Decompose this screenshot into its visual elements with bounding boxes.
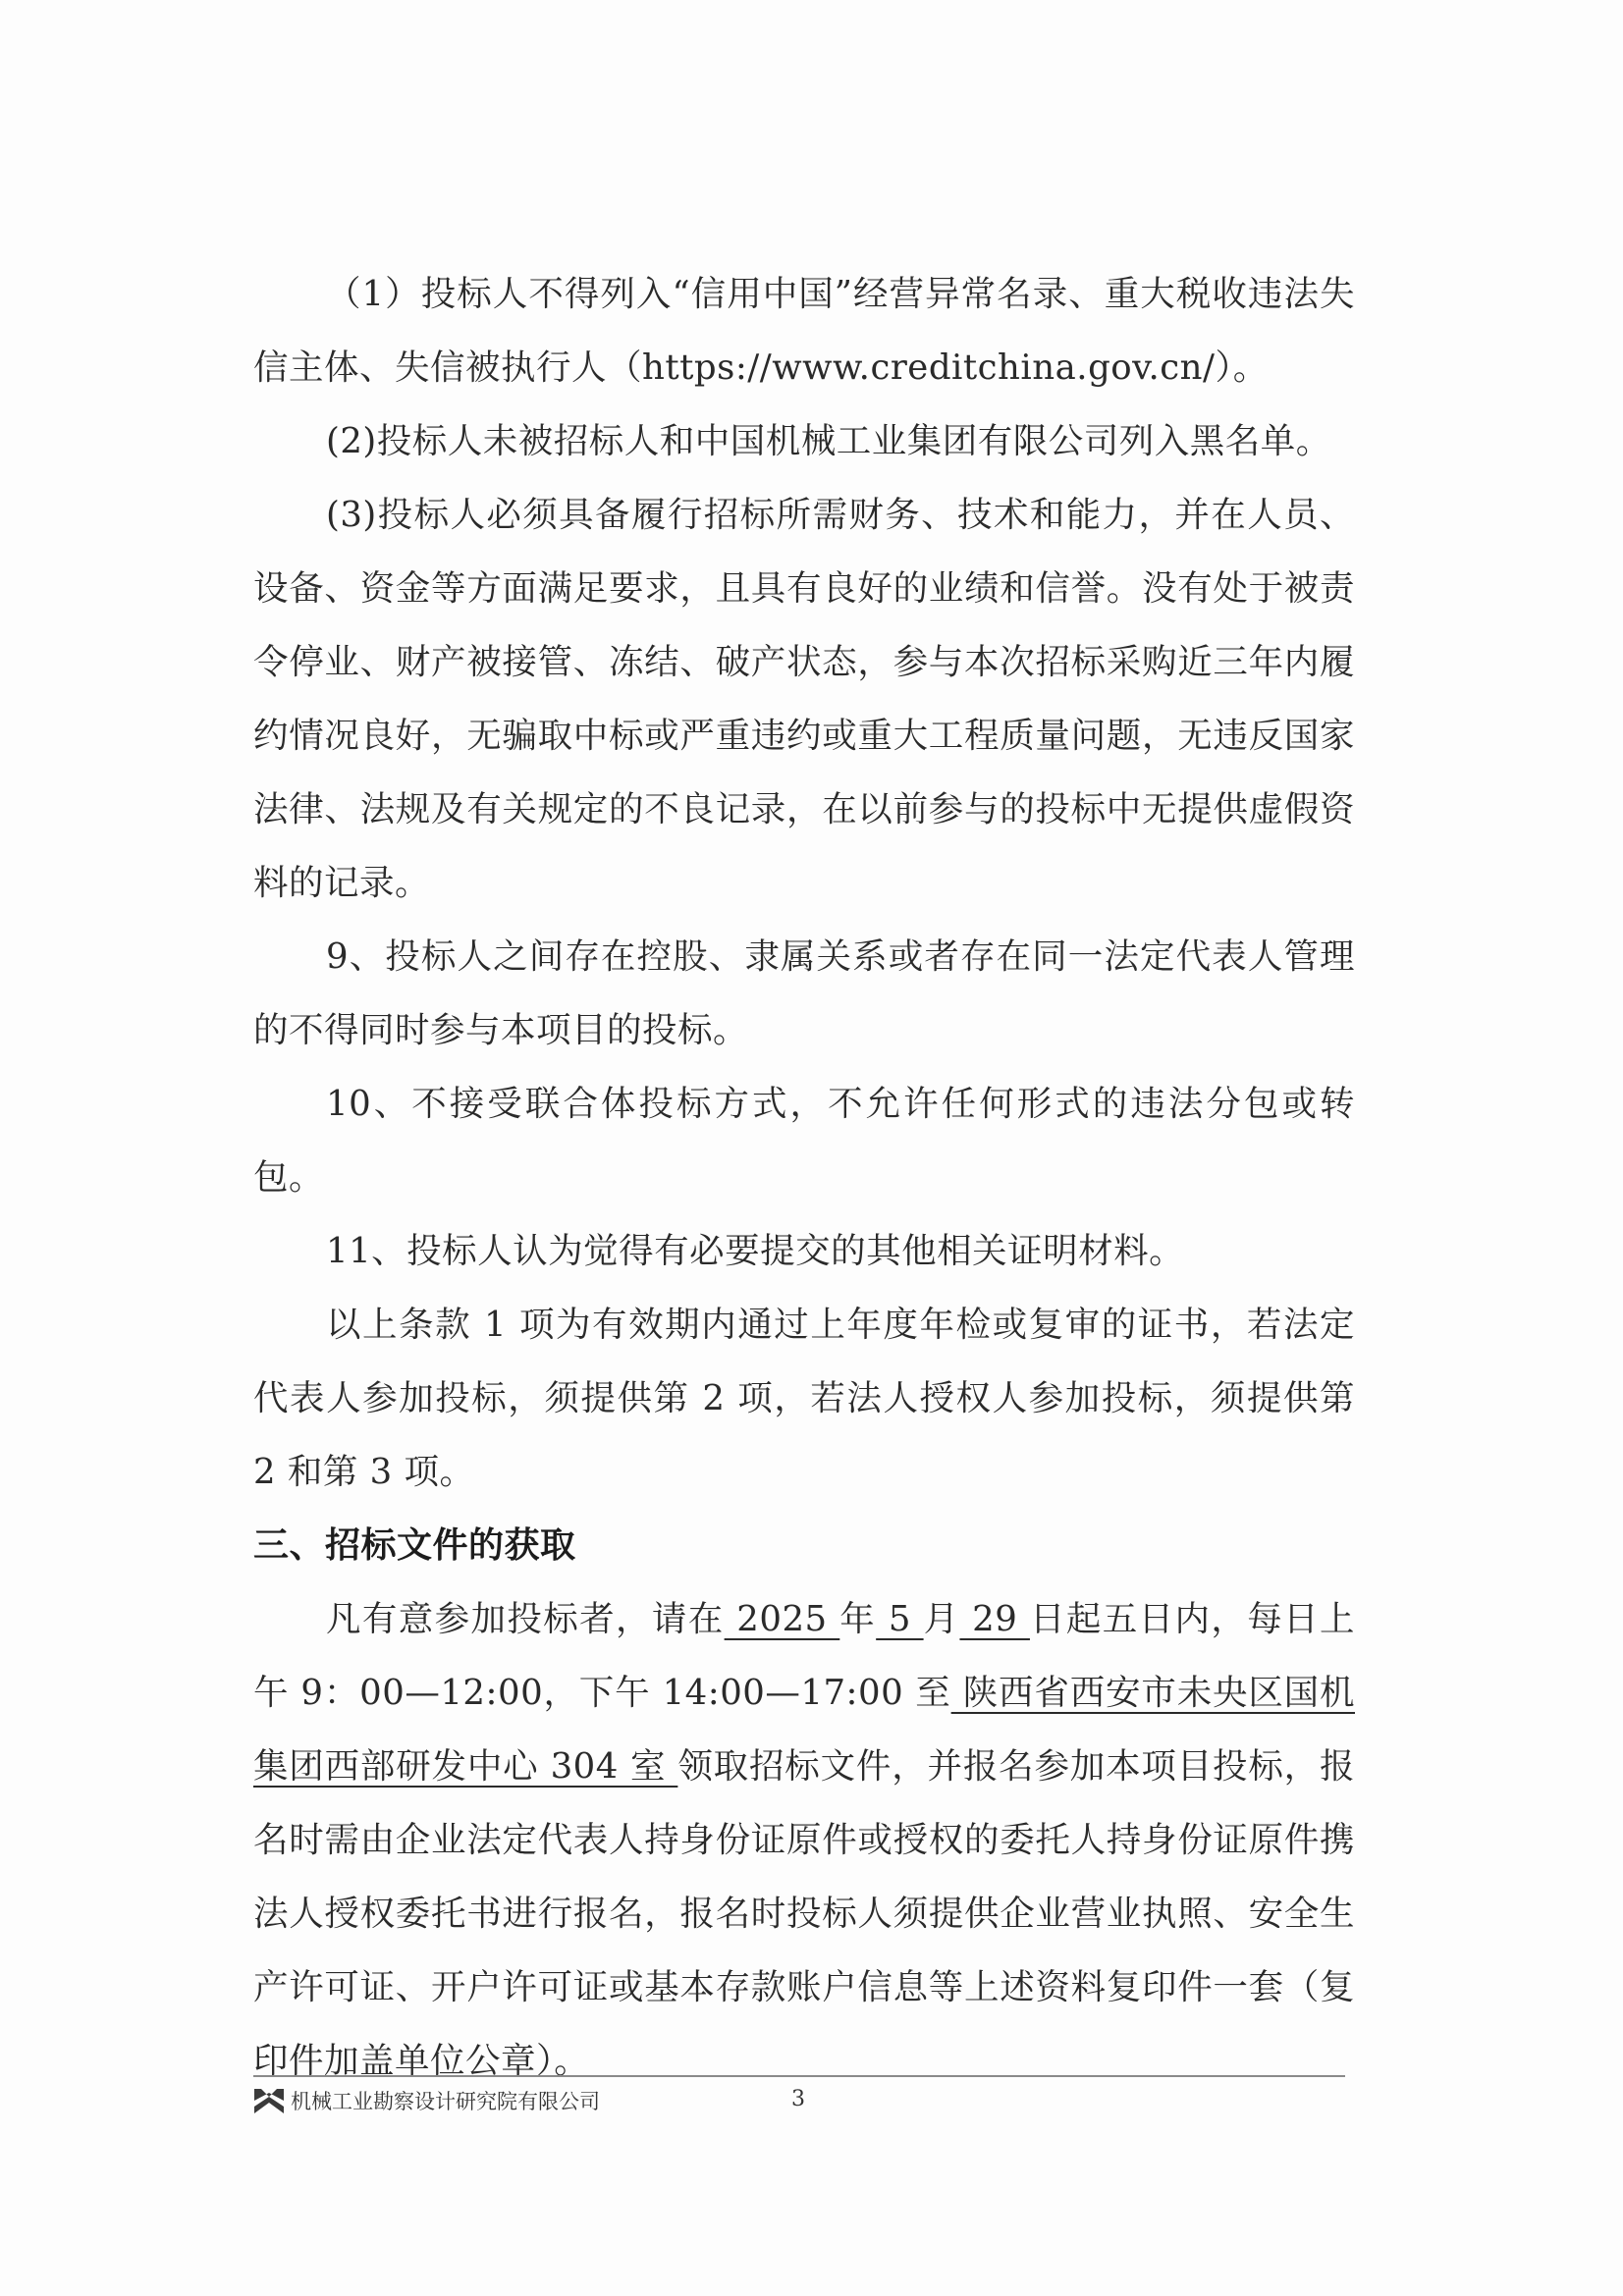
date-day: 29	[959, 1599, 1030, 1639]
date-year: 2025	[725, 1599, 840, 1639]
section-3-heading: 三、招标文件的获取	[253, 1509, 1355, 1582]
document-body: （1）投标人不得列入“信用中国”经营异常名录、重大税收违法失信主体、失信被执行人…	[253, 257, 1355, 2098]
clause-note: 以上条款 1 项为有效期内通过上年度年检或复审的证书，若法定代表人参加投标，须提…	[253, 1288, 1355, 1509]
month-unit: 月	[924, 1599, 960, 1639]
requirement-1: （1）投标人不得列入“信用中国”经营异常名录、重大税收违法失信主体、失信被执行人…	[253, 257, 1355, 404]
year-unit: 年	[839, 1599, 876, 1639]
section-3-intro: 凡有意参加投标者，请在	[326, 1599, 725, 1639]
clause-10: 10、不接受联合体投标方式，不允许任何形式的违法分包或转包。	[253, 1067, 1355, 1214]
section-3-rest: 领取招标文件，并报名参加本项目投标，报名时需由企业法定代表人持身份证原件或授权的…	[253, 1746, 1355, 2081]
requirement-2: (2)投标人未被招标人和中国机械工业集团有限公司列入黑名单。	[253, 404, 1355, 478]
page-footer: 机械工业勘察设计研究院有限公司 3	[253, 2081, 1345, 2120]
document-page: （1）投标人不得列入“信用中国”经营异常名录、重大税收违法失信主体、失信被执行人…	[0, 0, 1623, 2296]
clause-9: 9、投标人之间存在控股、隶属关系或者存在同一法定代表人管理的不得同时参与本项目的…	[253, 920, 1355, 1067]
clause-11: 11、投标人认为觉得有必要提交的其他相关证明材料。	[253, 1214, 1355, 1288]
date-month: 5	[876, 1599, 923, 1639]
section-3-paragraph: 凡有意参加投标者，请在 2025 年 5 月 29 日起五日内，每日上午 9：0…	[253, 1582, 1355, 2098]
requirement-3: (3)投标人必须具备履行招标所需财务、技术和能力，并在人员、设备、资金等方面满足…	[253, 478, 1355, 920]
company-logo-icon	[253, 2087, 285, 2114]
page-number: 3	[791, 2087, 805, 2111]
company-name: 机械工业勘察设计研究院有限公司	[291, 2086, 600, 2115]
footer-divider	[253, 2075, 1345, 2077]
